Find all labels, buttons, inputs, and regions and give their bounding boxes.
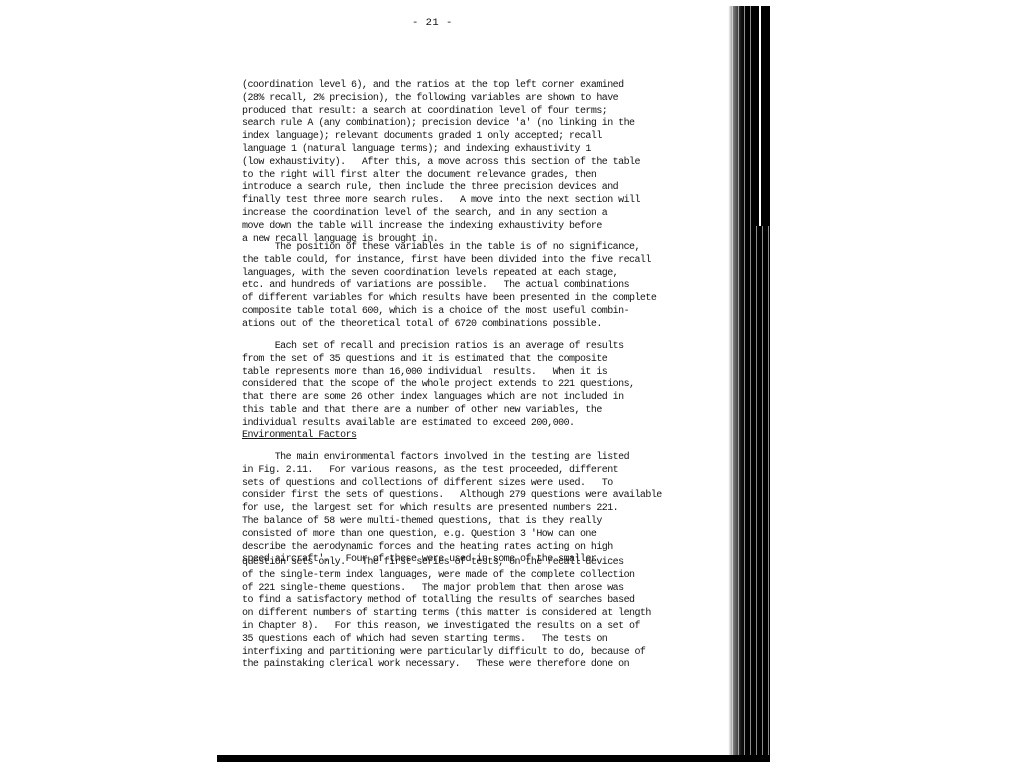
text-line: 35 questions each of which had seven sta… <box>242 634 662 647</box>
scanned-page: - 21 - (coordination level 6), and the r… <box>0 0 720 756</box>
text-line: language 1 (natural language terms); and… <box>242 144 662 157</box>
text-line: in Chapter 8). For this reason, we inves… <box>242 621 662 634</box>
text-line: interfixing and partitioning were partic… <box>242 647 662 660</box>
text-line: of the single-term index languages, were… <box>242 570 662 583</box>
text-line: that there are some 26 other index langu… <box>242 392 662 405</box>
paragraph: (coordination level 6), and the ratios a… <box>242 80 662 246</box>
text-line: search rule A (any combination); precisi… <box>242 118 662 131</box>
text-line: in Fig. 2.11. For various reasons, as th… <box>242 465 662 478</box>
text-line: describe the aerodynamic forces and the … <box>242 542 662 555</box>
paragraph: question sets only. The first series of … <box>242 557 662 672</box>
text-line: ations out of the theoretical total of 6… <box>242 319 662 332</box>
text-line: (low exhaustivity). After this, a move a… <box>242 157 662 170</box>
text-line: of 221 single-theme questions. The major… <box>242 583 662 596</box>
text-line: from the set of 35 questions and it is e… <box>242 354 662 367</box>
text-line: table represents more than 16,000 indivi… <box>242 367 662 380</box>
text-line: (coordination level 6), and the ratios a… <box>242 80 662 93</box>
text-line: question sets only. The first series of … <box>242 557 662 570</box>
text-line: increase the coordination level of the s… <box>242 208 662 221</box>
text-line: finally test three more search rules. A … <box>242 195 662 208</box>
text-line: (28% recall, 2% precision), the followin… <box>242 93 662 106</box>
text-line: etc. and hundreds of variations are poss… <box>242 280 662 293</box>
text-line: consider first the sets of questions. Al… <box>242 490 662 503</box>
text-line: sets of questions and collections of dif… <box>242 478 662 491</box>
page-number: - 21 - <box>412 17 453 29</box>
paragraph: Each set of recall and precision ratios … <box>242 341 662 431</box>
text-line: to find a satisfactory method of totalli… <box>242 595 662 608</box>
paragraph: The position of these variables in the t… <box>242 242 662 332</box>
text-line: this table and that there are a number o… <box>242 405 662 418</box>
text-line: The balance of 58 were multi-themed ques… <box>242 516 662 529</box>
text-line: Each set of recall and precision ratios … <box>242 341 662 354</box>
paragraph: The main environmental factors involved … <box>242 452 662 567</box>
text-line: to the right will first alter the docume… <box>242 170 662 183</box>
text-line: the table could, for instance, first hav… <box>242 255 662 268</box>
text-line: considered that the scope of the whole p… <box>242 379 662 392</box>
text-line: The main environmental factors involved … <box>242 452 662 465</box>
text-line: introduce a search rule, then include th… <box>242 182 662 195</box>
text-line: move down the table will increase the in… <box>242 221 662 234</box>
text-line: the painstaking clerical work necessary.… <box>242 659 662 672</box>
text-line: index language); relevant documents grad… <box>242 131 662 144</box>
document-viewer: - 21 - (coordination level 6), and the r… <box>0 0 1024 768</box>
text-line: languages, with the seven coordination l… <box>242 268 662 281</box>
text-line: consisted of more than one question, e.g… <box>242 529 662 542</box>
scan-edge-shadow-bottom <box>217 755 770 762</box>
text-line: for use, the largest set for which resul… <box>242 503 662 516</box>
text-line: on different numbers of starting terms (… <box>242 608 662 621</box>
text-line: composite table total 600, which is a ch… <box>242 306 662 319</box>
text-line: The position of these variables in the t… <box>242 242 662 255</box>
scan-edge-strip-right <box>755 6 770 226</box>
text-line: produced that result: a search at coordi… <box>242 106 662 119</box>
text-line: of different variables for which results… <box>242 293 662 306</box>
section-heading: Environmental Factors <box>242 430 356 443</box>
text-line: individual results available are estimat… <box>242 418 662 431</box>
